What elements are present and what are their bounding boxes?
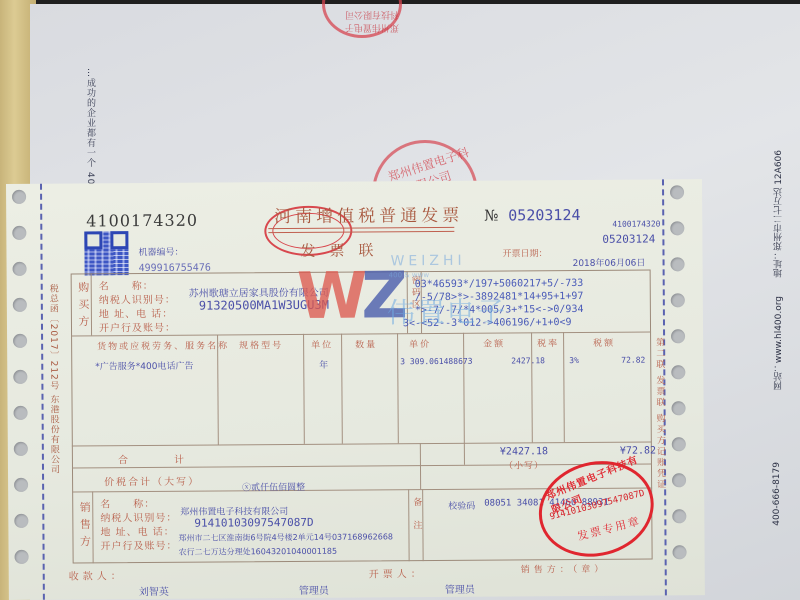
drawer: 管理员	[445, 581, 475, 596]
seller-stamp-label: 销售方：（章）	[521, 562, 608, 576]
right-edge-phone: 400-666-8179	[772, 462, 782, 526]
watermark-brand-sub: 400 & www	[389, 271, 430, 279]
grand-total-uppercase: ⓧ贰仟伍佰圆整	[242, 480, 305, 493]
check-code-label: 校验码	[448, 499, 475, 512]
total-amount: ¥2427.18	[500, 446, 548, 457]
vat-invoice: 税总函〔2017〕212号 东港股份有限公司 4100174320 河南增值税普…	[6, 179, 705, 600]
lowercase-label: （小写）	[504, 458, 544, 471]
invoice-title: 河南增值税普通发票	[274, 201, 463, 227]
issue-date-label: 开票日期：	[502, 246, 547, 259]
item-tax-rate: 3%	[569, 356, 579, 365]
col-header-tax-rate: 税率	[537, 336, 559, 349]
seller-bank-account: 农行二七万达分理处16043201040001185	[179, 546, 338, 558]
right-edge-address: 地址：郑州市二七万达 12A606	[772, 150, 785, 278]
number-mark: №	[484, 207, 498, 225]
watermark-brand-cn: 伟置电子	[387, 291, 507, 332]
seller-bank-label: 开户行及账号：	[100, 537, 177, 553]
item-tax: 72.82	[621, 356, 645, 365]
buyer-section-label: 购买方	[75, 281, 91, 332]
invoice-number-small: 05203124	[602, 232, 655, 245]
qr-code	[84, 231, 128, 275]
seller-section-label: 销售方	[76, 501, 92, 552]
col-header-unit-price: 单价	[409, 337, 431, 350]
invoice-code-small: 4100174320	[612, 219, 660, 228]
sprocket-holes-right	[670, 185, 689, 581]
watermark-brand-en: WEIZHI	[390, 253, 465, 270]
col-header-amount: 金额	[483, 337, 505, 350]
invoice-code: 4100174320	[86, 211, 198, 231]
col-header-name: 货物或应税劳务、服务名称	[97, 338, 229, 352]
copy-purpose: 购买方记账凭证	[654, 413, 668, 490]
remarks-label: 备注	[410, 497, 423, 543]
seller-tax-id: 91410103097547087D	[194, 516, 313, 530]
sprocket-holes-left	[12, 190, 31, 586]
col-header-quantity: 数量	[355, 337, 377, 350]
col-header-tax: 税额	[593, 336, 615, 349]
seller-address-phone: 郑州市二七区淮南街6号院4号楼2单元14号037168962668	[178, 531, 393, 543]
copy-note: 第二联	[653, 337, 666, 370]
copy-desc: 发票联	[653, 375, 666, 408]
perforation-left	[40, 184, 45, 600]
invoice-copy-name: 发票联	[300, 239, 387, 261]
item-name: *广告服务*400电话广告	[95, 359, 193, 373]
title-underline	[268, 227, 454, 233]
printer-note: 税总函〔2017〕212号 东港股份有限公司	[47, 284, 61, 475]
issue-date: 2018年06月06日	[573, 256, 646, 270]
right-edge-website: 网站：www.hl400.org	[772, 296, 785, 390]
cipher-line: 03*46593*/197+5060217+5/-733	[415, 278, 584, 290]
col-header-spec: 规格型号	[239, 338, 283, 351]
reviewer: 管理员	[299, 582, 329, 597]
payee-label: 收款人：	[69, 567, 125, 582]
item-unit: 年	[319, 358, 328, 371]
total-label: 合 计	[118, 451, 188, 466]
item-unit-price: 3 309.061488673	[400, 357, 472, 367]
col-header-unit: 单位	[311, 338, 333, 351]
payee: 刘智英	[139, 583, 169, 598]
item-amount: 2427.18	[511, 356, 545, 365]
machine-no-label: 机器编号：	[138, 245, 183, 258]
invoice-number: 05203124	[508, 206, 580, 225]
grand-total-label: 价税合计（大写）	[104, 473, 200, 489]
buyer-bank-label: 开户行及账号：	[99, 319, 176, 335]
drawer-label: 开票人：	[369, 565, 425, 580]
